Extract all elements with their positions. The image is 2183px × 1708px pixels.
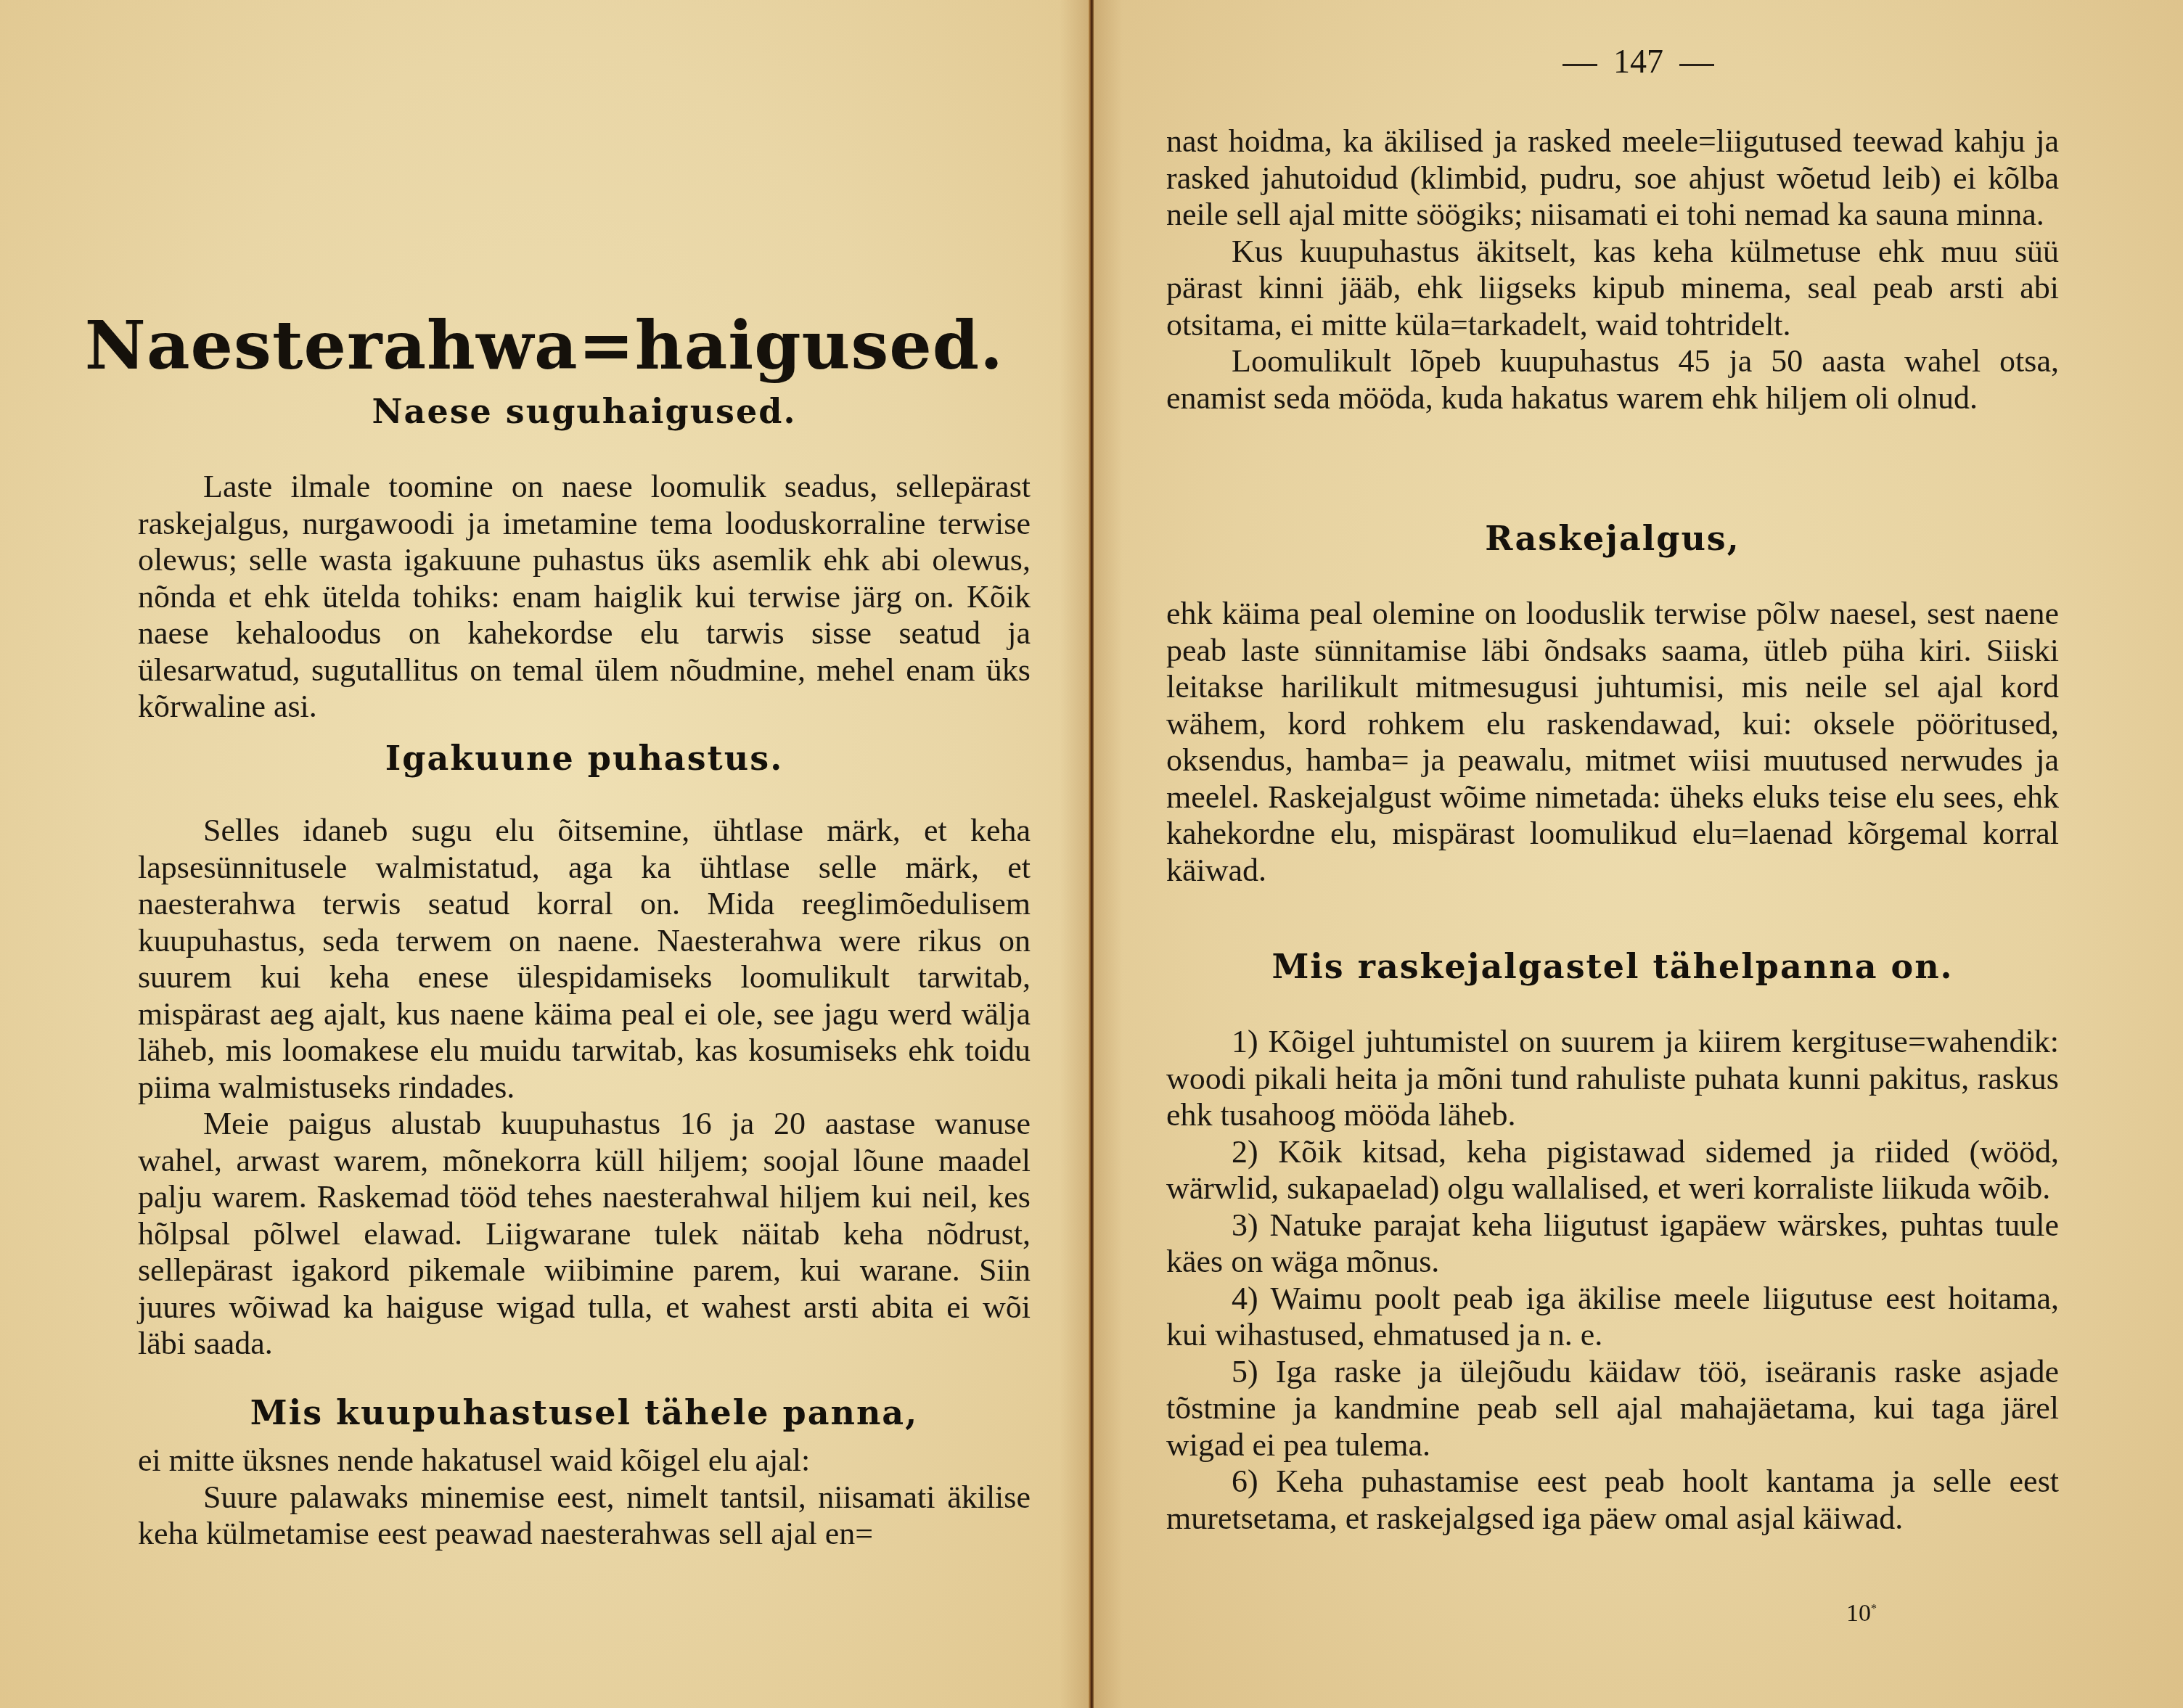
- paragraph: Meie paigus alustab kuupuhastus 16 ja 20…: [138, 1106, 1031, 1363]
- paragraph: nast hoidma, ka äkilised ja rasked meele…: [1166, 123, 2059, 234]
- paragraph: Loomulikult lõpeb kuupuhastus 45 ja 50 a…: [1166, 343, 2059, 416]
- signature-mark: 10*: [1846, 1600, 1877, 1627]
- page-number: 147: [1094, 42, 2183, 81]
- section-heading: Mis raskejalgastel tähelpanna on.: [1166, 947, 2059, 986]
- list-item: 2) Kõik kitsad, keha pigistawad sidemed …: [1166, 1134, 2059, 1207]
- list-item: 6) Keha puhastamise eest peab hoolt kant…: [1166, 1463, 2059, 1537]
- section-heading: Igakuune puhastus.: [138, 739, 1031, 778]
- list-item: 3) Natuke parajat keha liigutust igapäew…: [1166, 1207, 2059, 1281]
- list-item: 4) Waimu poolt peab iga äkilise meele li…: [1166, 1281, 2059, 1354]
- paragraph: ehk käima peal olemine on looduslik terw…: [1166, 596, 2059, 889]
- left-page: Naesterahwa=haigused. Naese suguhaigused…: [0, 0, 1089, 1708]
- list-item: 1) Kõigel juhtumistel on suurem ja kiire…: [1166, 1024, 2059, 1134]
- section-raskejalgus: Raskejalgus, ehk käima peal olemine on l…: [1166, 519, 2059, 889]
- section-naese-suguhaigused: Naese suguhaigused. Laste ilmale toomine…: [138, 392, 1031, 726]
- section-heading: Raskejalgus,: [1166, 519, 2059, 558]
- right-page: 147 nast hoidma, ka äkilised ja rasked m…: [1094, 0, 2183, 1708]
- section-heading: Mis kuupuhastusel tähele panna,: [138, 1393, 1031, 1432]
- chapter-title: Naesterahwa=haigused.: [0, 306, 1089, 385]
- paragraph: Kus kuupuhastus äkitselt, kas keha külme…: [1166, 234, 2059, 344]
- paragraph: Suure palawaks minemise eest, nimelt tan…: [138, 1479, 1031, 1553]
- dash-ornament: [1679, 64, 1714, 66]
- continuation-block: nast hoidma, ka äkilised ja rasked meele…: [1166, 123, 2059, 416]
- section-igakuune-puhastus: Igakuune puhastus. Selles idaneb sugu el…: [138, 739, 1031, 1363]
- paragraph: ei mitte üksnes nende hakatusel waid kõi…: [138, 1442, 1031, 1479]
- dash-ornament: [1562, 64, 1597, 66]
- paragraph: Selles idaneb sugu elu õitsemine, ühtlas…: [138, 813, 1031, 1106]
- paragraph: Laste ilmale toomine on naese loomulik s…: [138, 469, 1031, 726]
- section-heading: Naese suguhaigused.: [138, 392, 1031, 431]
- section-mis-raskejalgastel: Mis raskejalgastel tähelpanna on. 1) Kõi…: [1166, 947, 2059, 1537]
- list-item: 5) Iga raske ja ülejõudu käidaw töö, ise…: [1166, 1354, 2059, 1464]
- section-mis-kuupuhastusel: Mis kuupuhastusel tähele panna, ei mitte…: [138, 1393, 1031, 1553]
